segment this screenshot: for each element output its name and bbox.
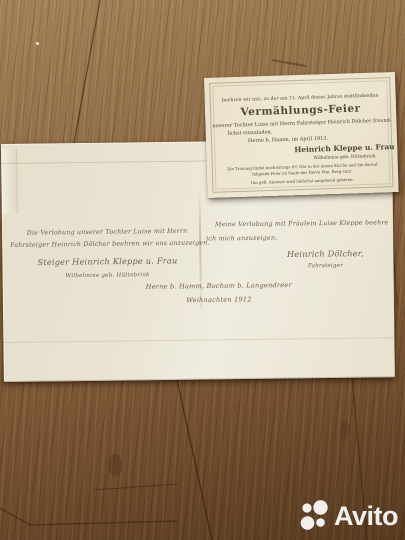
bottom-fold-crease — [3, 337, 394, 343]
left-signature: Steiger Heinrich Kleppe u. Frau — [27, 256, 187, 268]
left-signature-sub: Wilhelmine geb. Hüttebrink — [48, 271, 168, 279]
left-announcement-line1: Die Verlobung unserer Tochter Luise mit … — [22, 227, 192, 237]
avito-logo-icon — [298, 500, 331, 532]
footer-date: Weihnachten 1912 — [118, 295, 320, 306]
left-announcement-line2: Fahrsteiger Heinrich Dölcher beehren wir… — [10, 239, 202, 249]
footer-places: Herne b. Hamm, Bochum b. Langendreer — [118, 281, 320, 292]
top-fold-crease — [1, 160, 206, 164]
avito-watermark: Avito — [298, 500, 398, 532]
dust-speck — [36, 42, 39, 45]
avito-wordmark: Avito — [334, 503, 398, 530]
right-signature-sub: Fahrsteiger — [284, 262, 366, 270]
wedding-invitation-card: beehren wir uns, zu der am 11. April die… — [204, 72, 399, 198]
right-announcement-line1: Meine Verlobung mit Fräulein Luise Klepp… — [215, 218, 383, 228]
center-fold-crease — [199, 190, 202, 310]
sheet-fold-flap — [1, 148, 18, 214]
photo-scene: Die Verlobung unserer Tochter Luise mit … — [0, 0, 405, 540]
right-announcement-line2: ich mich anzuzeigen. — [206, 233, 306, 242]
right-signature: Heinrich Dölcher, — [264, 248, 386, 260]
